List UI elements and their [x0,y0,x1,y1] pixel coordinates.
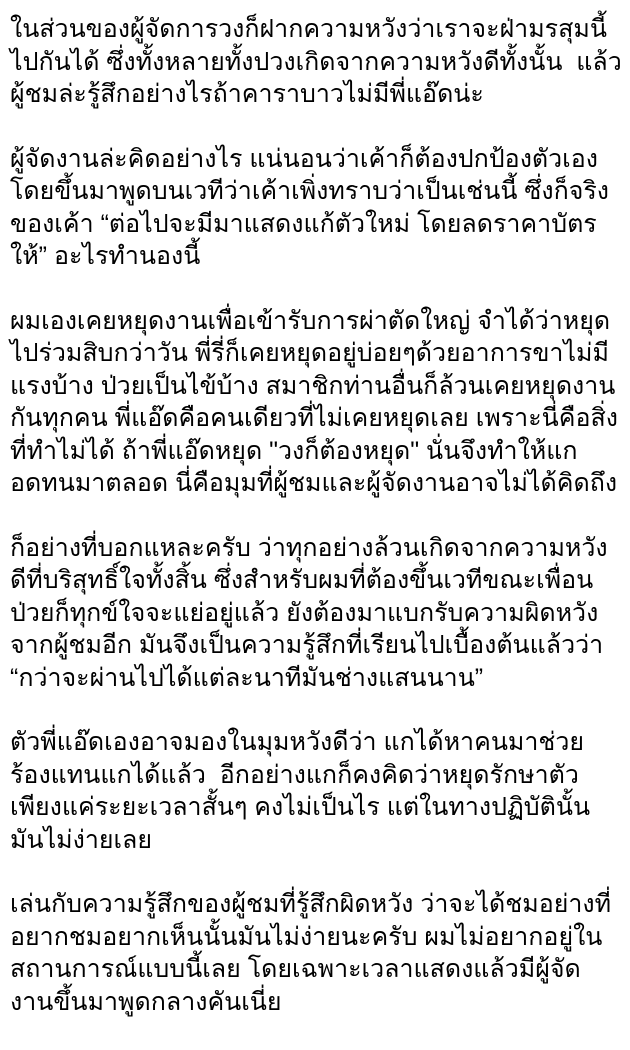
paragraph-1: ในส่วนของผู้จัดการวงก็ฝากความหวังว่าเราจ… [10,13,622,111]
text-document: ในส่วนของผู้จัดการวงก็ฝากความหวังว่าเราจ… [0,0,630,1018]
paragraph-4: ก็อย่างที่บอกแหละครับ ว่าทุกอย่างล้วนเกิ… [10,532,622,695]
paragraph-6: เล่นกับความรู้สึกของผู้ชมที่รู้สึกผิดหวั… [10,888,622,1018]
paragraph-2: ผู้จัดงานล่ะคิดอย่างไร แน่นอนว่าเค้าก็ต้… [10,143,622,273]
paragraph-5: ตัวพี่แอ๊ดเองอาจมองในมุมหวังดีว่า แกได้ห… [10,726,622,856]
paragraph-3: ผมเองเคยหยุดงานเพื่อเข้ารับการผ่าตัดใหญ่… [10,305,622,500]
